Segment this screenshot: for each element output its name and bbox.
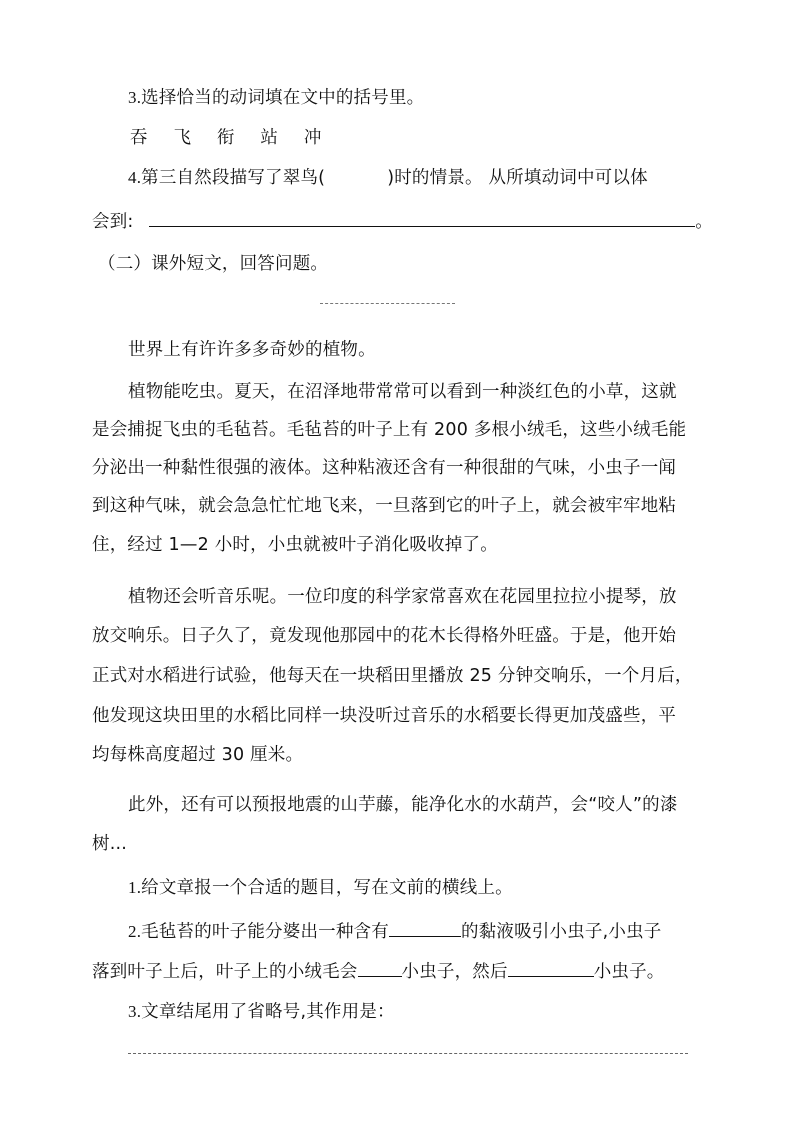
- question-text: 选择恰当的动词填在文中的括号里。: [141, 88, 424, 108]
- paragraph-line: 植物能吃虫。夏天，在沼泽地带常常可以看到一种淡红色的小草，这就: [128, 380, 677, 404]
- word-bank-item: 衔: [217, 128, 235, 148]
- question-1: 1.给文章报一个合适的题目，写在文前的横线上。: [128, 876, 513, 900]
- question-text-before: 第三自然段描写了翠鸟(: [141, 168, 325, 188]
- question-text: 毛毡苔的叶子能分婆出一种含有: [141, 922, 389, 942]
- paragraph-line: 此外，还有可以预报地震的山芋藤，能净化水的水葫芦，会“咬人”的漆: [128, 793, 678, 817]
- question-2-line-2: 落到叶子上后，叶子上的小绒毛会小虫子，然后小虫子。: [92, 958, 665, 984]
- paragraph-line: 是会捕捉飞虫的毛毡苔。毛毡苔的叶子上有 200 多根小绒毛，这些小绒毛能: [92, 418, 686, 442]
- question-number: 4.: [128, 168, 141, 187]
- paragraph-line: 到这种气味，就会急急忙忙地飞来，一旦落到它的叶子上，就会被牢牢地粘: [92, 494, 676, 518]
- question-3: 3.文章结尾用了省略号,其作用是：: [128, 1000, 395, 1024]
- answer-blank-1[interactable]: [389, 918, 461, 937]
- paragraph-line: 正式对水稻进行试验，他每天在一块稻田里播放 25 分钟交响乐，一个月后，: [92, 664, 693, 688]
- question-number: 2.: [128, 922, 141, 941]
- paragraph-line: 放交响乐。日子久了，竟发现他那园中的花木长得格外旺盛。于是，他开始: [92, 624, 676, 648]
- paragraph-line: 分泌出一种黏性很强的液体。这种粘液还含有一种很甜的气味，小虫子一闻: [92, 456, 676, 480]
- title-blank-line[interactable]: [320, 303, 455, 304]
- word-bank-item: 冲: [304, 128, 322, 148]
- question-text: 的黏液吸引小虫子,小虫子: [461, 922, 661, 942]
- answer-blank-line[interactable]: [149, 208, 695, 227]
- answer-blank-3[interactable]: [508, 958, 594, 977]
- paragraph-intro: 世界上有许许多多奇妙的植物。: [128, 338, 376, 362]
- question-text-after: )时的情景。 从所填动词中可以体: [387, 168, 648, 188]
- line-end-period: 。: [695, 212, 713, 232]
- question-number: 1.: [128, 878, 141, 897]
- question-text: 给文章报一个合适的题目，写在文前的横线上。: [141, 878, 513, 898]
- word-bank: 吞 飞 衔 站 冲: [130, 126, 342, 150]
- question-4: 4.第三自然段描写了翠鸟()时的情景。 从所填动词中可以体: [128, 166, 648, 190]
- question-text: 落到叶子上后，叶子上的小绒毛会: [92, 962, 358, 982]
- question-text: 文章结尾用了省略号,其作用是：: [141, 1002, 395, 1022]
- word-bank-item: 飞: [173, 128, 191, 148]
- paragraph-line: 住，经过 1—2 小时，小虫就被叶子消化吸收掉了。: [92, 533, 498, 557]
- paragraph-line: 他发现这块田里的水稻比同样一块没听过音乐的水稻要长得更加茂盛些，平: [92, 704, 676, 728]
- answer-blank-line[interactable]: [128, 1053, 688, 1054]
- question-3-verb-choice: 3.选择恰当的动词填在文中的括号里。: [128, 86, 424, 110]
- question-text: 小虫子，然后: [402, 962, 508, 982]
- question-2: 2.毛毡苔的叶子能分婆出一种含有的黏液吸引小虫子,小虫子: [128, 918, 661, 944]
- answer-blank-2[interactable]: [358, 958, 402, 977]
- answer-label: 会到:: [92, 212, 134, 232]
- question-text: 小虫子。: [594, 962, 665, 982]
- question-number: 3.: [128, 1002, 141, 1021]
- question-number: 3.: [128, 88, 141, 107]
- paragraph-line: 均每株高度超过 30 厘米。: [92, 743, 303, 767]
- word-bank-item: 站: [260, 128, 278, 148]
- word-bank-item: 吞: [130, 128, 148, 148]
- paragraph-line: 植物还会听音乐呢。一位印度的科学家常喜欢在花园里拉拉小提琴，放: [128, 585, 677, 609]
- question-4-line-2: 会到: 。: [92, 208, 713, 234]
- paragraph-line: 树...: [92, 832, 127, 856]
- section-heading: （二）课外短文，回答问题。: [98, 252, 328, 276]
